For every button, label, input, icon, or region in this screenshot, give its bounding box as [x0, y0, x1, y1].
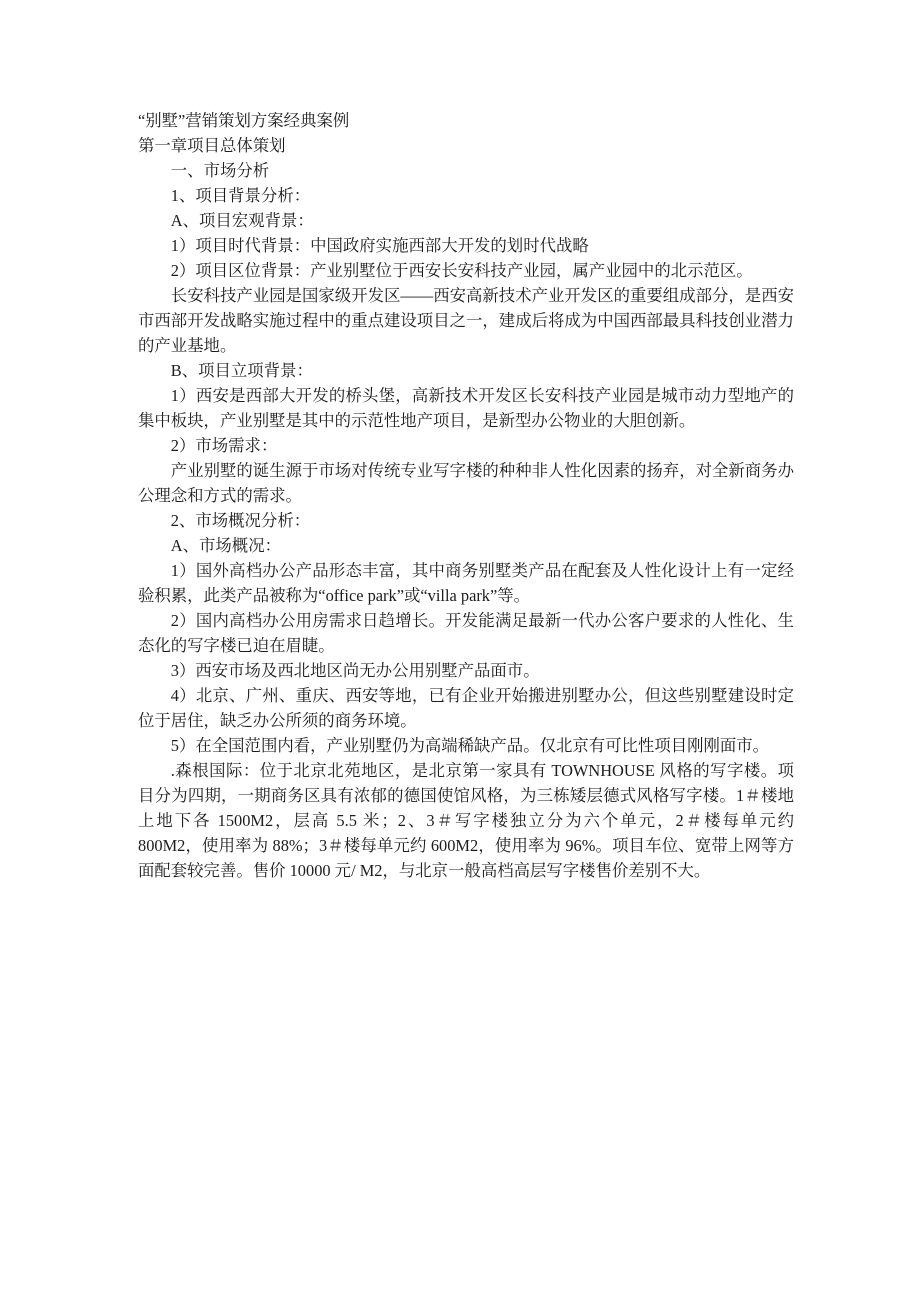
document-title: “别墅”营销策划方案经典案例	[138, 108, 794, 133]
paragraph-changan-park-intro: 长安科技产业园是国家级开发区——西安高新技术产业开发区的重要组成部分，是西安市西…	[138, 283, 794, 358]
list-item-domestic-demand: 2）国内高档办公用房需求日趋增长。开发能满足最新一代办公客户要求的人性化、生态化…	[138, 608, 794, 658]
list-item-era-background: 1）项目时代背景：中国政府实施西部大开发的划时代战略	[138, 233, 794, 258]
list-item-cities-villa-office: 4）北京、广州、重庆、西安等地，已有企业开始搬进别墅办公，但这些别墅建设时定位于…	[138, 683, 794, 733]
section-heading-market-analysis: 一、市场分析	[138, 158, 794, 183]
paragraph-sengen-international: .森根国际：位于北京北苑地区，是北京第一家具有 TOWNHOUSE 风格的写字楼…	[138, 758, 794, 883]
list-item-national-scarcity: 5）在全国范围内看，产业别墅仍为高端稀缺产品。仅北京有可比性项目刚刚面市。	[138, 733, 794, 758]
list-item-market-demand: 2）市场需求：	[138, 433, 794, 458]
paragraph-market-demand-detail: 产业别墅的诞生源于市场对传统专业写字楼的种种非人性化因素的扬弃，对全新商务办公理…	[138, 458, 794, 508]
list-item-overseas-products: 1）国外高档办公产品形态丰富，其中商务别墅类产品在配套及人性化设计上有一定经验积…	[138, 558, 794, 608]
document-page: “别墅”营销策划方案经典案例 第一章项目总体策划 一、市场分析 1、项目背景分析…	[0, 0, 920, 1302]
subsection-heading-market-overview: A、市场概况：	[138, 533, 794, 558]
list-item-xian-bridgehead: 1）西安是西部大开发的桥头堡，高新技术开发区长安科技产业园是城市动力型地产的集中…	[138, 383, 794, 433]
subsection-heading-macro-background: A、项目宏观背景：	[138, 208, 794, 233]
subsection-heading-market-overview-analysis: 2、市场概况分析：	[138, 508, 794, 533]
subsection-heading-project-background: 1、项目背景分析：	[138, 183, 794, 208]
chapter-heading: 第一章项目总体策划	[138, 133, 794, 158]
list-item-xian-market: 3）西安市场及西北地区尚无办公用别墅产品面市。	[138, 658, 794, 683]
list-item-location-background: 2）项目区位背景：产业别墅位于西安长安科技产业园，属产业园中的北示范区。	[138, 258, 794, 283]
subsection-heading-project-initiation: B、项目立项背景：	[138, 358, 794, 383]
